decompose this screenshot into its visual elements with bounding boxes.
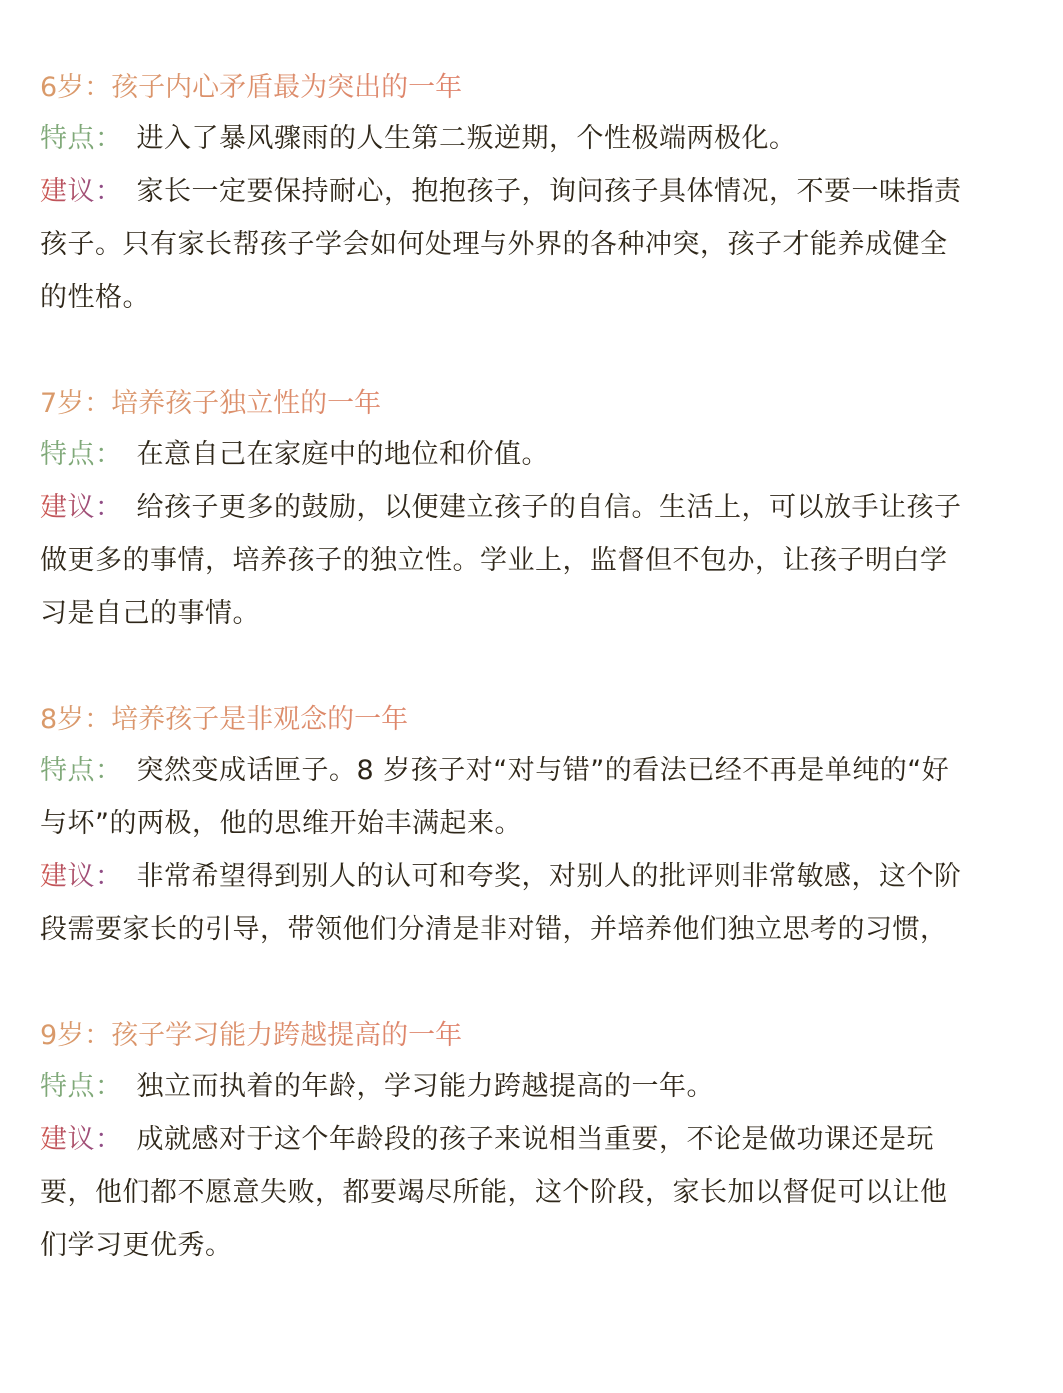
section-heading: 8岁：培养孩子是非观念的一年	[40, 696, 970, 744]
advice-paragraph: 建议：成就感对于这个年龄段的孩子来说相当重要，不论是做功课还是玩要，他们都不愿意…	[40, 1113, 970, 1272]
advice-text: 家长一定要保持耐心，抱抱孩子，询问孩子具体情况，不要一味指责孩子。只有家长帮孩子…	[40, 176, 962, 313]
article: 6岁：孩子内心矛盾最为突出的一年 特点：进入了暴风骤雨的人生第二叛逆期，个性极端…	[40, 64, 970, 1328]
section-age-8: 8岁：培养孩子是非观念的一年 特点：突然变成话匣子。8 岁孩子对“对与错”的看法…	[40, 696, 970, 956]
advice-label: 建议：	[40, 492, 123, 523]
section-age-9: 9岁：孩子学习能力跨越提高的一年 特点：独立而执着的年龄，学习能力跨越提高的一年…	[40, 1012, 970, 1272]
feature-label: 特点：	[40, 1071, 123, 1102]
section-heading: 6岁：孩子内心矛盾最为突出的一年	[40, 64, 970, 112]
advice-text: 成就感对于这个年龄段的孩子来说相当重要，不论是做功课还是玩要，他们都不愿意失败，…	[40, 1124, 948, 1261]
feature-text: 进入了暴风骤雨的人生第二叛逆期，个性极端两极化。	[137, 123, 797, 154]
feature-text: 独立而执着的年龄，学习能力跨越提高的一年。	[137, 1071, 715, 1102]
feature-text: 突然变成话匣子。8 岁孩子对“对与错”的看法已经不再是单纯的“好与坏”的两极，他…	[40, 755, 949, 839]
section-heading: 7岁：培养孩子独立性的一年	[40, 380, 970, 428]
advice-text: 给孩子更多的鼓励，以便建立孩子的自信。生活上，可以放手让孩子做更多的事情，培养孩…	[40, 492, 962, 629]
advice-paragraph: 建议：非常希望得到别人的认可和夸奖，对别人的批评则非常敏感，这个阶段需要家长的引…	[40, 850, 970, 956]
advice-paragraph: 建议：家长一定要保持耐心，抱抱孩子，询问孩子具体情况，不要一味指责孩子。只有家长…	[40, 165, 970, 324]
advice-label: 建议：	[40, 1124, 123, 1155]
advice-label: 建议：	[40, 861, 123, 892]
feature-paragraph: 特点：在意自己在家庭中的地位和价值。	[40, 428, 970, 481]
feature-text: 在意自己在家庭中的地位和价值。	[137, 439, 550, 470]
section-age-7: 7岁：培养孩子独立性的一年 特点：在意自己在家庭中的地位和价值。 建议：给孩子更…	[40, 380, 970, 640]
advice-text: 非常希望得到别人的认可和夸奖，对别人的批评则非常敏感，这个阶段需要家长的引导，带…	[40, 861, 962, 945]
feature-paragraph: 特点：独立而执着的年龄，学习能力跨越提高的一年。	[40, 1060, 970, 1113]
feature-paragraph: 特点：进入了暴风骤雨的人生第二叛逆期，个性极端两极化。	[40, 112, 970, 165]
advice-label: 建议：	[40, 176, 123, 207]
feature-paragraph: 特点：突然变成话匣子。8 岁孩子对“对与错”的看法已经不再是单纯的“好与坏”的两…	[40, 744, 970, 850]
feature-label: 特点：	[40, 123, 123, 154]
feature-label: 特点：	[40, 755, 123, 786]
section-heading: 9岁：孩子学习能力跨越提高的一年	[40, 1012, 970, 1060]
section-age-6: 6岁：孩子内心矛盾最为突出的一年 特点：进入了暴风骤雨的人生第二叛逆期，个性极端…	[40, 64, 970, 324]
advice-paragraph: 建议：给孩子更多的鼓励，以便建立孩子的自信。生活上，可以放手让孩子做更多的事情，…	[40, 481, 970, 640]
feature-label: 特点：	[40, 439, 123, 470]
